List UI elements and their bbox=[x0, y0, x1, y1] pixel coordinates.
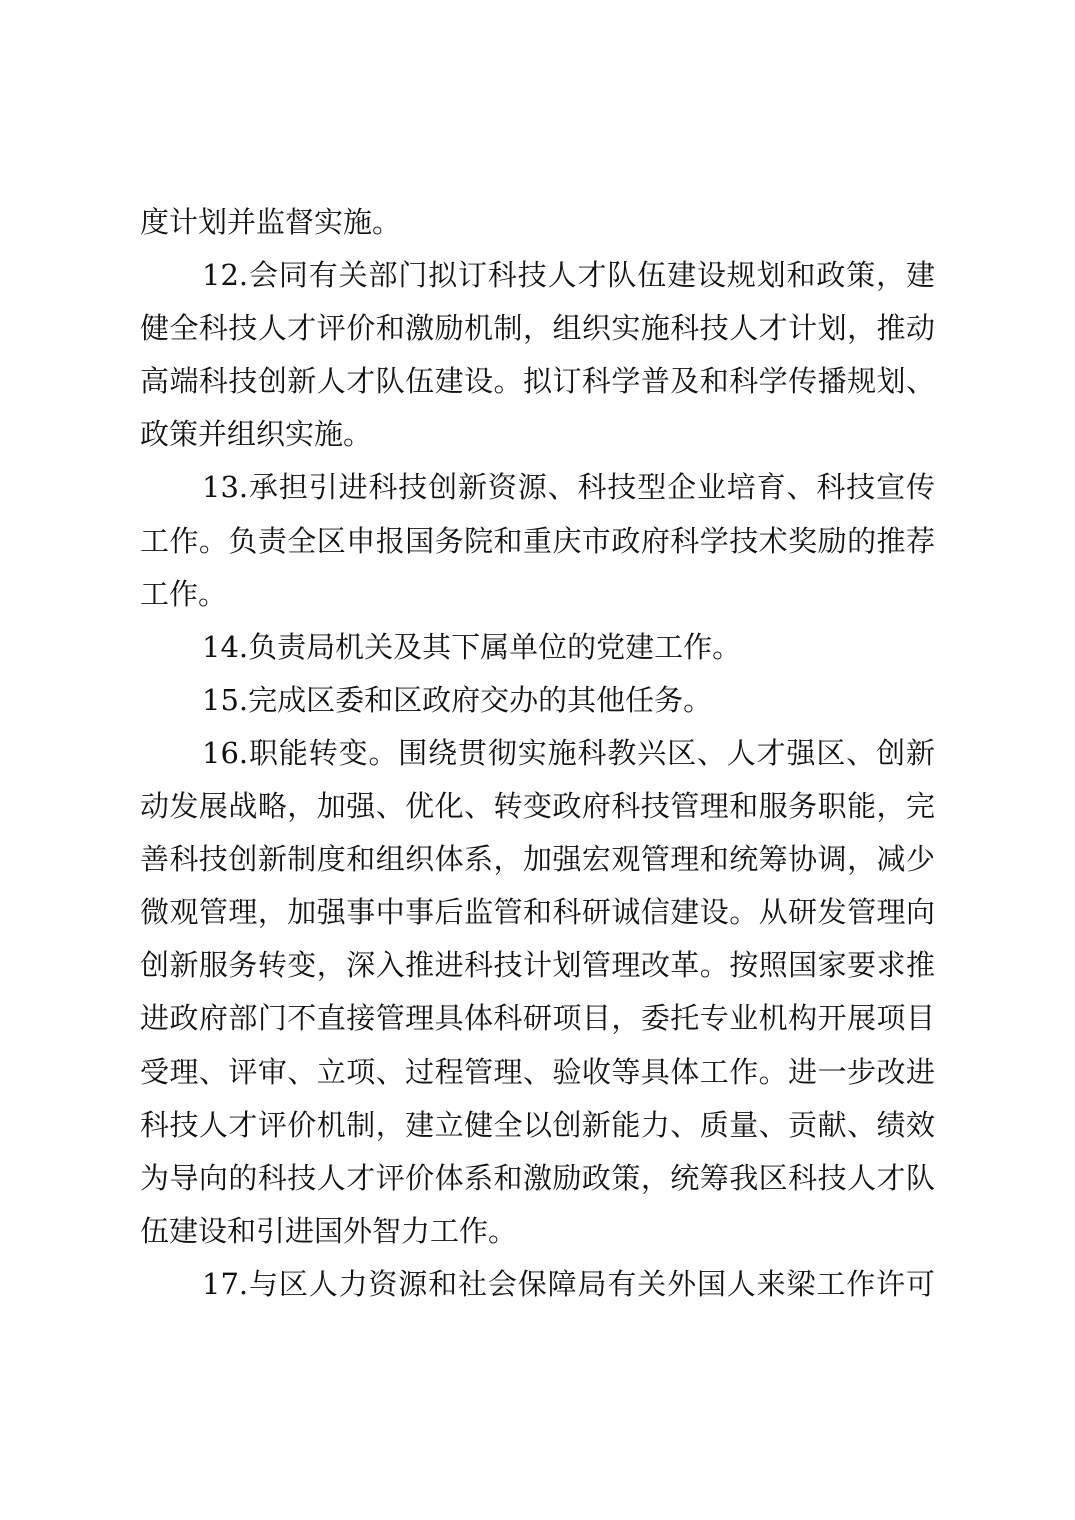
document-page: 度计划并监督实施。12.会同有关部门拟订科技人才队伍建设规划和政策，建立健全科技… bbox=[0, 0, 1075, 1520]
text-line: 善科技创新制度和组织体系，加强宏观管理和统筹协调，减少 bbox=[140, 833, 935, 886]
text-line: 为导向的科技人才评价体系和激励政策，统筹我区科技人才队 bbox=[140, 1152, 935, 1205]
text-line: 科技人才评价机制，建立健全以创新能力、质量、贡献、绩效 bbox=[140, 1099, 935, 1152]
text-line: 伍建设和引进国外智力工作。 bbox=[140, 1205, 935, 1258]
text-line: 进政府部门不直接管理具体科研项目，委托专业机构开展项目 bbox=[140, 992, 935, 1045]
text-line: 16.职能转变。围绕贯彻实施科教兴区、人才强区、创新驱 bbox=[140, 727, 935, 780]
text-line: 健全科技人才评价和激励机制，组织实施科技人才计划，推动 bbox=[140, 302, 935, 355]
text-line: 工作。 bbox=[140, 568, 935, 621]
text-line: 度计划并监督实施。 bbox=[140, 196, 935, 249]
text-line: 动发展战略，加强、优化、转变政府科技管理和服务职能，完 bbox=[140, 780, 935, 833]
text-line: 15.完成区委和区政府交办的其他任务。 bbox=[140, 674, 935, 727]
document-body: 度计划并监督实施。12.会同有关部门拟订科技人才队伍建设规划和政策，建立健全科技… bbox=[140, 196, 935, 1311]
text-line: 17.与区人力资源和社会保障局有关外国人来梁工作许可职 bbox=[140, 1258, 935, 1311]
text-line: 微观管理，加强事中事后监管和科研诚信建设。从研发管理向 bbox=[140, 886, 935, 939]
text-line: 13.承担引进科技创新资源、科技型企业培育、科技宣传等 bbox=[140, 461, 935, 514]
text-line: 受理、评审、立项、过程管理、验收等具体工作。进一步改进 bbox=[140, 1046, 935, 1099]
text-line: 14.负责局机关及其下属单位的党建工作。 bbox=[140, 621, 935, 674]
text-line: 工作。负责全区申报国务院和重庆市政府科学技术奖励的推荐 bbox=[140, 515, 935, 568]
text-line: 创新服务转变，深入推进科技计划管理改革。按照国家要求推 bbox=[140, 939, 935, 992]
text-line: 12.会同有关部门拟订科技人才队伍建设规划和政策，建立 bbox=[140, 249, 935, 302]
text-line: 高端科技创新人才队伍建设。拟订科学普及和科学传播规划、 bbox=[140, 355, 935, 408]
text-line: 政策并组织实施。 bbox=[140, 408, 935, 461]
